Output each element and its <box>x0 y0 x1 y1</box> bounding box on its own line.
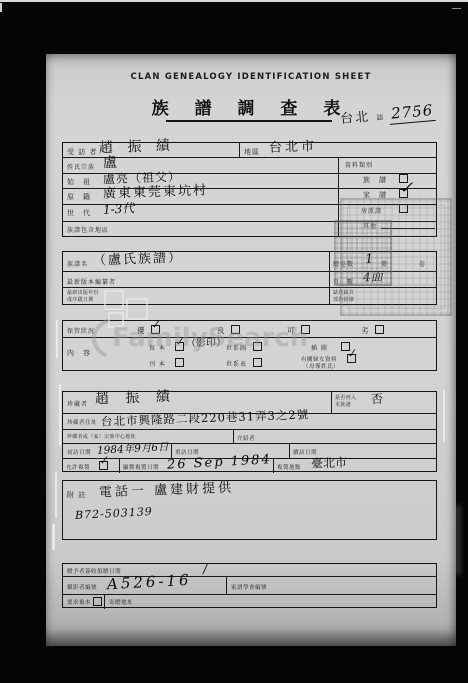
pedigree-table-label: 世系表 <box>226 359 247 368</box>
pedigree-chart-label: 世系圖 <box>226 343 247 352</box>
copy-request-label: 要求複本 <box>67 598 91 606</box>
introducer-label: 介紹者 <box>237 434 255 442</box>
checkbox-jiapu: ✓ <box>399 189 408 198</box>
scan-corner-artifact <box>0 3 2 12</box>
preface-date-label: 成序跋日期 <box>67 297 94 304</box>
clan-label: 姓氏宗族 <box>67 162 95 171</box>
faint-stamp-mark <box>104 290 124 310</box>
copy-permission-label: 允許複製 <box>66 463 90 471</box>
followup-visit-label: 續訪日期 <box>293 448 317 456</box>
copy-place-label: 複製地點 <box>277 463 301 471</box>
checkbox-manuscript: ✓ <box>175 342 184 351</box>
notes-line1: 電話一 盧建財提供 <box>99 482 235 500</box>
scan-streak <box>52 524 55 550</box>
illustrations-label: 插 圖 <box>311 343 328 352</box>
english-sheet-title: CLAN GENEALOGY IDENTIFICATION SHEET <box>46 72 456 82</box>
interviewee-label: 受 訪 者 <box>67 147 97 157</box>
origin-label: 原 籍 <box>67 192 91 202</box>
photographer-number-label: 攝影者編號 <box>67 583 97 591</box>
checkbox-pedigree-table: ✓ <box>253 358 262 367</box>
area-value: 台北市 <box>269 140 317 155</box>
checkbox-fair: ✓ <box>301 325 310 334</box>
faint-stamp-mark <box>126 298 148 320</box>
table-rule <box>63 594 436 595</box>
library-seal-stamp <box>334 220 392 286</box>
mailing-address-label: 寄贈地址 <box>109 598 133 606</box>
checkbox-printed: ✓ <box>175 358 184 367</box>
table-rule <box>63 157 436 158</box>
checkbox-poor: ✓ <box>375 325 384 334</box>
pub-year-label: 最新出版年份 <box>67 290 99 297</box>
table-rule <box>289 443 290 458</box>
listed-value: 否 <box>371 393 383 405</box>
condition-option-label: 可 <box>287 325 296 336</box>
microfilm-date-label: 顯微複製日期 <box>123 463 159 471</box>
manuscript-label: 寫 本 <box>149 343 166 352</box>
table-rule <box>233 429 234 443</box>
notes-label: 附 註 <box>67 490 86 500</box>
coverage-label: 族譜包含地區 <box>67 225 109 234</box>
society-number-label: 家譜學會編號 <box>231 583 267 591</box>
title-underline <box>166 120 332 122</box>
processing-table: 贈予者簽收領贈日期 ∕ 攝影者編號 A526-16 家譜學會編號 要求複本 ✓ … <box>62 563 437 608</box>
checkbox-women-info: ✓ <box>347 354 356 363</box>
table-rule <box>226 576 227 594</box>
condition-option-label: 良 <box>217 325 226 336</box>
faint-stamp-mark <box>108 312 124 328</box>
listed-label-line2: 本族譜 <box>335 402 351 409</box>
origin-value: 廣東東莞東坑村 <box>103 184 208 201</box>
photographer-number-value: A526-16 <box>107 573 192 592</box>
table-rule <box>171 443 172 458</box>
printed-label: 刊 本 <box>149 359 166 368</box>
area-label: 地區 <box>244 147 260 157</box>
check-icon: ✓ <box>150 317 161 331</box>
checkbox-pedigree-chart: ✓ <box>253 342 262 351</box>
table-rule <box>63 337 436 338</box>
check-icon: ✓ <box>397 179 416 197</box>
table-rule <box>104 594 105 609</box>
first-ancestor-value: 盧亮（祖父） <box>103 171 181 186</box>
checkbox-copy-request: ✓ <box>93 597 102 606</box>
table-rule <box>63 429 436 430</box>
scan-streak <box>443 390 445 442</box>
first-visit-label: 初訪日期 <box>67 448 91 456</box>
donor-slash-mark: ∕ <box>203 563 208 575</box>
interviewee-value: 趙 振 績 <box>99 139 175 156</box>
women-info-note: （母僅姓氏） <box>303 362 339 370</box>
holder-value: 趙 振 績 <box>95 390 176 407</box>
check-icon: ✓ <box>346 346 357 360</box>
serial-number: 2756 <box>388 101 436 125</box>
table-rule <box>329 252 330 304</box>
genealogy-name-value: （盧氏族譜） <box>93 251 183 267</box>
condition-option-label: 優 <box>137 325 146 336</box>
genealogy-name-label: 族譜名 <box>67 259 88 268</box>
check-icon: ✓ <box>98 453 109 467</box>
category-item-label: 族 譜 <box>363 175 387 185</box>
checkbox-good: ✓ <box>231 325 240 334</box>
photocopy-note: （影印） <box>186 338 226 349</box>
donor-receipt-label: 贈予者簽收領贈日期 <box>67 567 121 575</box>
check-icon: ✓ <box>174 334 185 348</box>
paper-bottom-shadow <box>46 630 456 646</box>
scan-edge-line <box>0 0 468 2</box>
listed-label-line1: 是否列入 <box>335 395 356 402</box>
holder-address-label: 珍藏者住址 <box>67 418 97 426</box>
clan-center-label: 珍藏者或（家）宗族中心地址 <box>67 434 136 441</box>
category-header: 資料類別 <box>345 160 373 169</box>
condition-option-label: 劣 <box>361 325 370 336</box>
content-label: 內 容 <box>67 348 91 358</box>
copy-place-value: 臺北市 <box>311 456 347 469</box>
editor-label: 最新版本編纂者 <box>67 277 116 286</box>
holder-label: 珍藏者 <box>67 399 88 408</box>
holder-visit-table: 珍藏者 趙 振 績 是否列入 本族譜 否 珍藏者住址 台北市興隆路二段220巷3… <box>62 391 437 472</box>
notes-line2-phone: B72-503139 <box>75 506 153 521</box>
scanned-document-viewer: CLAN GENEALOGY IDENTIFICATION SHEET 族 譜 … <box>0 0 468 683</box>
table-rule <box>239 143 240 157</box>
scan-streak <box>59 384 61 446</box>
notes-table: 附 註 電話一 盧建財提供 B72-503139 <box>62 480 437 540</box>
serial-prefix: 台北 <box>340 110 371 128</box>
serial-label: 誌 <box>376 113 384 122</box>
checkbox-copy-permission: ✓ <box>99 461 108 470</box>
genealogy-form-page: CLAN GENEALOGY IDENTIFICATION SHEET 族 譜 … <box>46 54 456 646</box>
microfilm-date-value: 26 Sep 1984 <box>167 453 272 471</box>
table-rule <box>273 458 274 473</box>
generations-label: 世 代 <box>67 208 91 218</box>
first-ancestor-label: 始 祖 <box>67 177 91 187</box>
generations-value: 1-3代 <box>103 202 135 216</box>
clan-value: 盧 <box>103 156 117 170</box>
condition-label: 保管狀況 <box>67 326 95 335</box>
checkbox-excellent: ✓ <box>151 325 160 334</box>
table-rule <box>119 458 120 473</box>
scan-streak <box>56 320 58 358</box>
first-visit-value: 1984年9月6日 <box>97 442 169 456</box>
scan-streak <box>55 472 57 518</box>
revisit-label: 重訪日期 <box>175 448 199 456</box>
table-rule <box>331 392 332 413</box>
scan-edge-artifact <box>452 8 461 9</box>
